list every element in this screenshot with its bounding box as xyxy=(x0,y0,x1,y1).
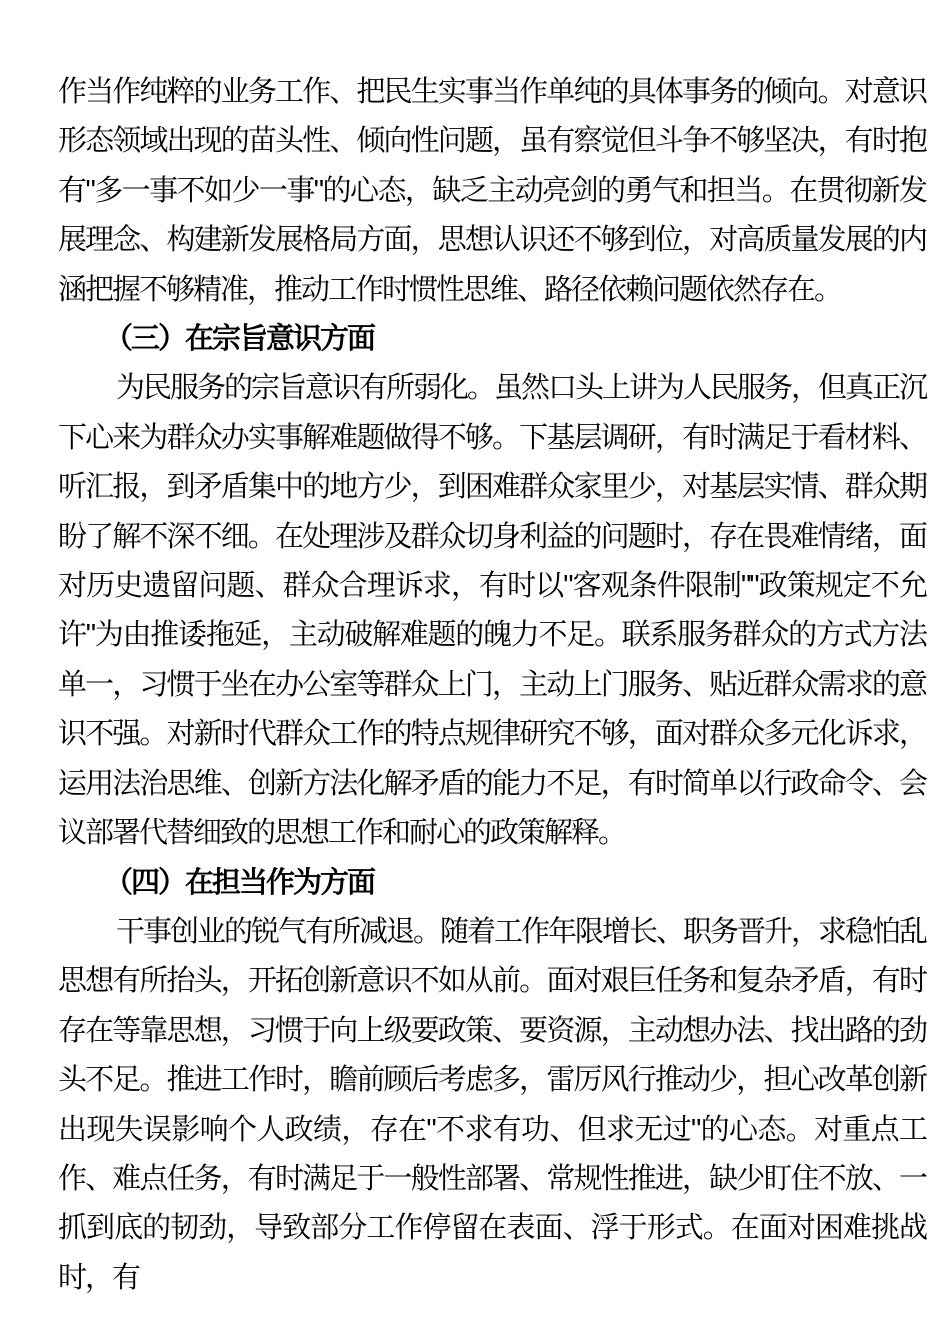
section-heading: （四）在担当作为方面 xyxy=(58,859,926,908)
section-heading: （三）在宗旨意识方面 xyxy=(58,315,926,364)
document-page: 作当作纯粹的业务工作、把民生实事当作单纯的具体事务的倾向。对意识形态领域出现的苗… xyxy=(0,0,950,1344)
body-paragraph: 为民服务的宗旨意识有所弱化。虽然口头上讲为人民服务，但真正沉下心来为群众办实事解… xyxy=(58,364,926,858)
body-paragraph: 干事创业的锐气有所减退。随着工作年限增长、职务晋升，求稳怕乱思想有所抬头，开拓创… xyxy=(58,908,926,1303)
body-paragraph: 作当作纯粹的业务工作、把民生实事当作单纯的具体事务的倾向。对意识形态领域出现的苗… xyxy=(58,68,926,315)
document-content: 作当作纯粹的业务工作、把民生实事当作单纯的具体事务的倾向。对意识形态领域出现的苗… xyxy=(58,68,926,1303)
